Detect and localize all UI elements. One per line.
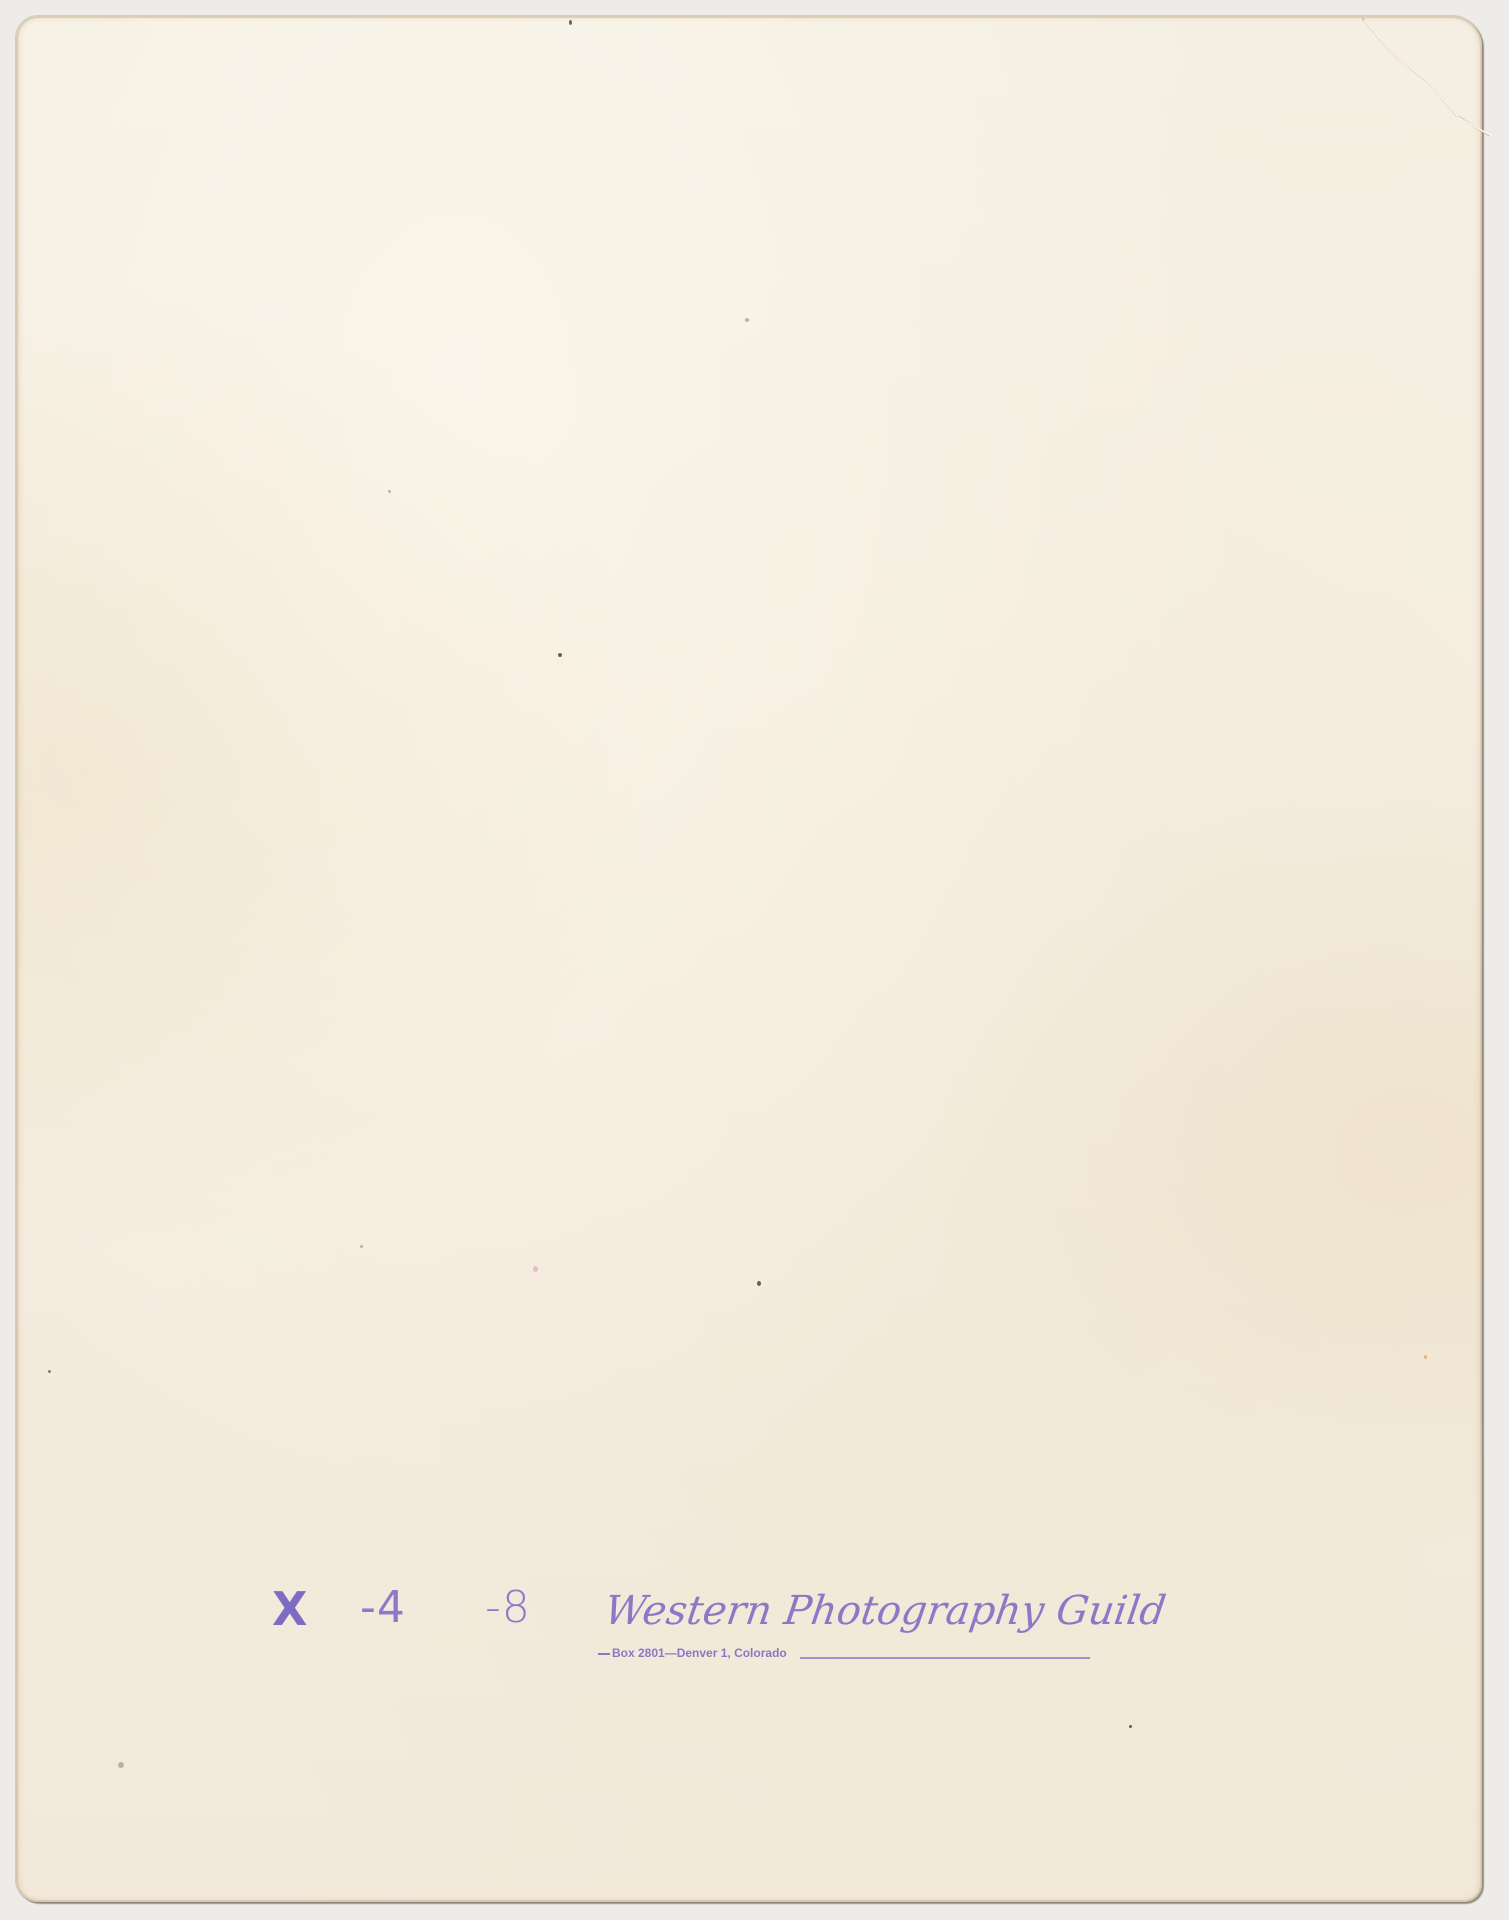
speck	[48, 1370, 51, 1373]
speck	[558, 653, 562, 657]
catalog-prefix: X	[272, 1582, 308, 1636]
speck	[569, 20, 572, 25]
speck	[1424, 1355, 1427, 1359]
speck	[745, 318, 749, 322]
catalog-part-2: -8	[485, 1582, 531, 1633]
speck	[757, 1281, 761, 1286]
studio-address: Box 2801—Denver 1, Colorado	[612, 1646, 787, 1660]
scan-background: X -4 -8 Western Photography Guild Box 28…	[0, 0, 1509, 1920]
studio-name: Western Photography Guild	[602, 1588, 1169, 1634]
speck	[388, 490, 391, 493]
speck	[533, 1266, 538, 1272]
catalog-part-1: -4	[360, 1582, 406, 1633]
speck	[1129, 1725, 1132, 1728]
stamp-underline	[800, 1657, 1090, 1659]
address-dash	[598, 1653, 610, 1655]
speck	[118, 1762, 124, 1768]
speck	[360, 1245, 363, 1248]
